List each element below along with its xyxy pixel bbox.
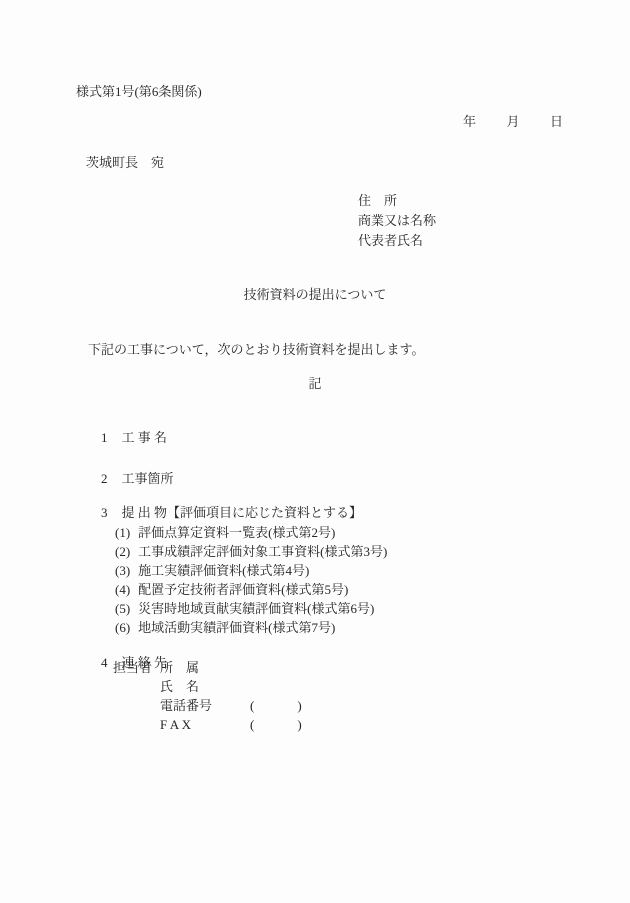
document-page: 様式第1号(第6条関係) 年 月 日 茨城町長 宛 住 所 商業又は名称 代表者… bbox=[0, 0, 630, 903]
contact-phone-label: 電話番号 bbox=[160, 698, 212, 714]
form-number: 様式第1号(第6条関係) bbox=[76, 84, 202, 100]
document-title: 技術資料の提出について bbox=[0, 287, 630, 303]
contact-name-label: 氏 名 bbox=[160, 679, 199, 695]
contact-fax-value: ( ) bbox=[250, 717, 303, 733]
section-number: 4 bbox=[101, 655, 108, 670]
sender-company-label: 商業又は名称 bbox=[358, 213, 436, 229]
section-number: 1 bbox=[101, 430, 108, 445]
sender-address-label: 住 所 bbox=[358, 193, 397, 209]
section-label: 工事箇所 bbox=[122, 471, 174, 486]
body-text: 下記の工事について，次のとおり技術資料を提出します。 bbox=[88, 342, 424, 358]
sender-representative-label: 代表者氏名 bbox=[358, 233, 423, 249]
date-line: 年 月 日 bbox=[463, 114, 565, 130]
addressee: 茨城町長 宛 bbox=[86, 155, 164, 171]
section-label: 工 事 名 bbox=[122, 430, 168, 445]
contact-fax-label: F A X bbox=[160, 717, 191, 733]
section-number: 2 bbox=[101, 471, 108, 486]
item-label: 地域活動実績評価資料(様式第7号) bbox=[138, 620, 335, 635]
record-marker: 記 bbox=[0, 376, 630, 392]
contact-department-label: 所 属 bbox=[160, 660, 199, 676]
contact-person-label: 担当者 bbox=[113, 660, 152, 676]
item-number: (6) bbox=[115, 620, 130, 635]
contact-phone-value: ( ) bbox=[250, 698, 303, 714]
